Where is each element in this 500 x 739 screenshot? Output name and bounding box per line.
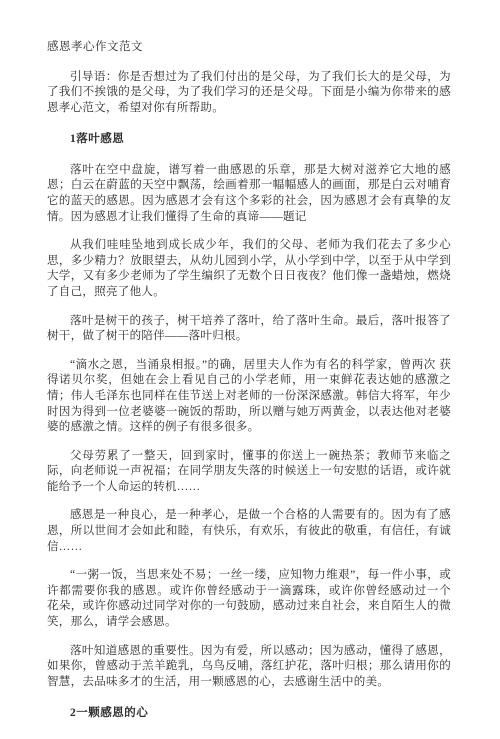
document-page: 感恩孝心作文范文 引导语：你是否想过为了我们付出的是父母，为了我们长大的是父母，… [0,0,500,739]
section-1-paragraph-4: “滴水之恩，当涌泉相报。”的确，居里夫人作为有名的科学家，曾两次 获得诺贝尔奖，… [47,358,451,436]
intro-paragraph: 引导语：你是否想过为了我们付出的是父母，为了我们长大的是父母，为 了我们不挨饿的… [47,70,451,117]
section-2-heading: 2一颗感恩的心 [47,706,451,722]
section-1-paragraph-2: 从我们哇哇坠地到成长成少年，我们的父母、老师为我们花去了多少心 思，多少精力？放… [47,238,451,300]
section-1-paragraph-1: 落叶在空中盘旋，谱写着一曲感恩的乐章，那是大树对滋养它大地的感 恩；白云在蔚蓝的… [47,163,451,225]
section-1-paragraph-6: 感恩是一种良心，是一种孝心，是做一个合格的人需要有的。因为有了感 恩，所以世间才… [47,508,451,555]
section-1-paragraph-8: 落叶知道感恩的重要性。因为有爱，所以感动；因为感动，懂得了感恩， 如果你，曾感动… [47,644,451,691]
section-1-paragraph-7: “一粥一饭，当思来处不易；一丝一缕，应知物力维艰”，每一件小事，或许都需要你我的… [47,568,451,630]
section-1-paragraph-3: 落叶是树干的孩子，树干培养了落叶，给了落叶生命。最后，落叶报答了 树干，做了树干… [47,314,451,345]
document-title: 感恩孝心作文范文 [47,40,451,56]
section-1-heading: 1落叶感恩 [47,132,451,148]
section-1-paragraph-5: 父母劳累了一整天，回到家时，懂事的你送上一碗热茶；教师节来临之 际，向老师说一声… [47,449,451,496]
